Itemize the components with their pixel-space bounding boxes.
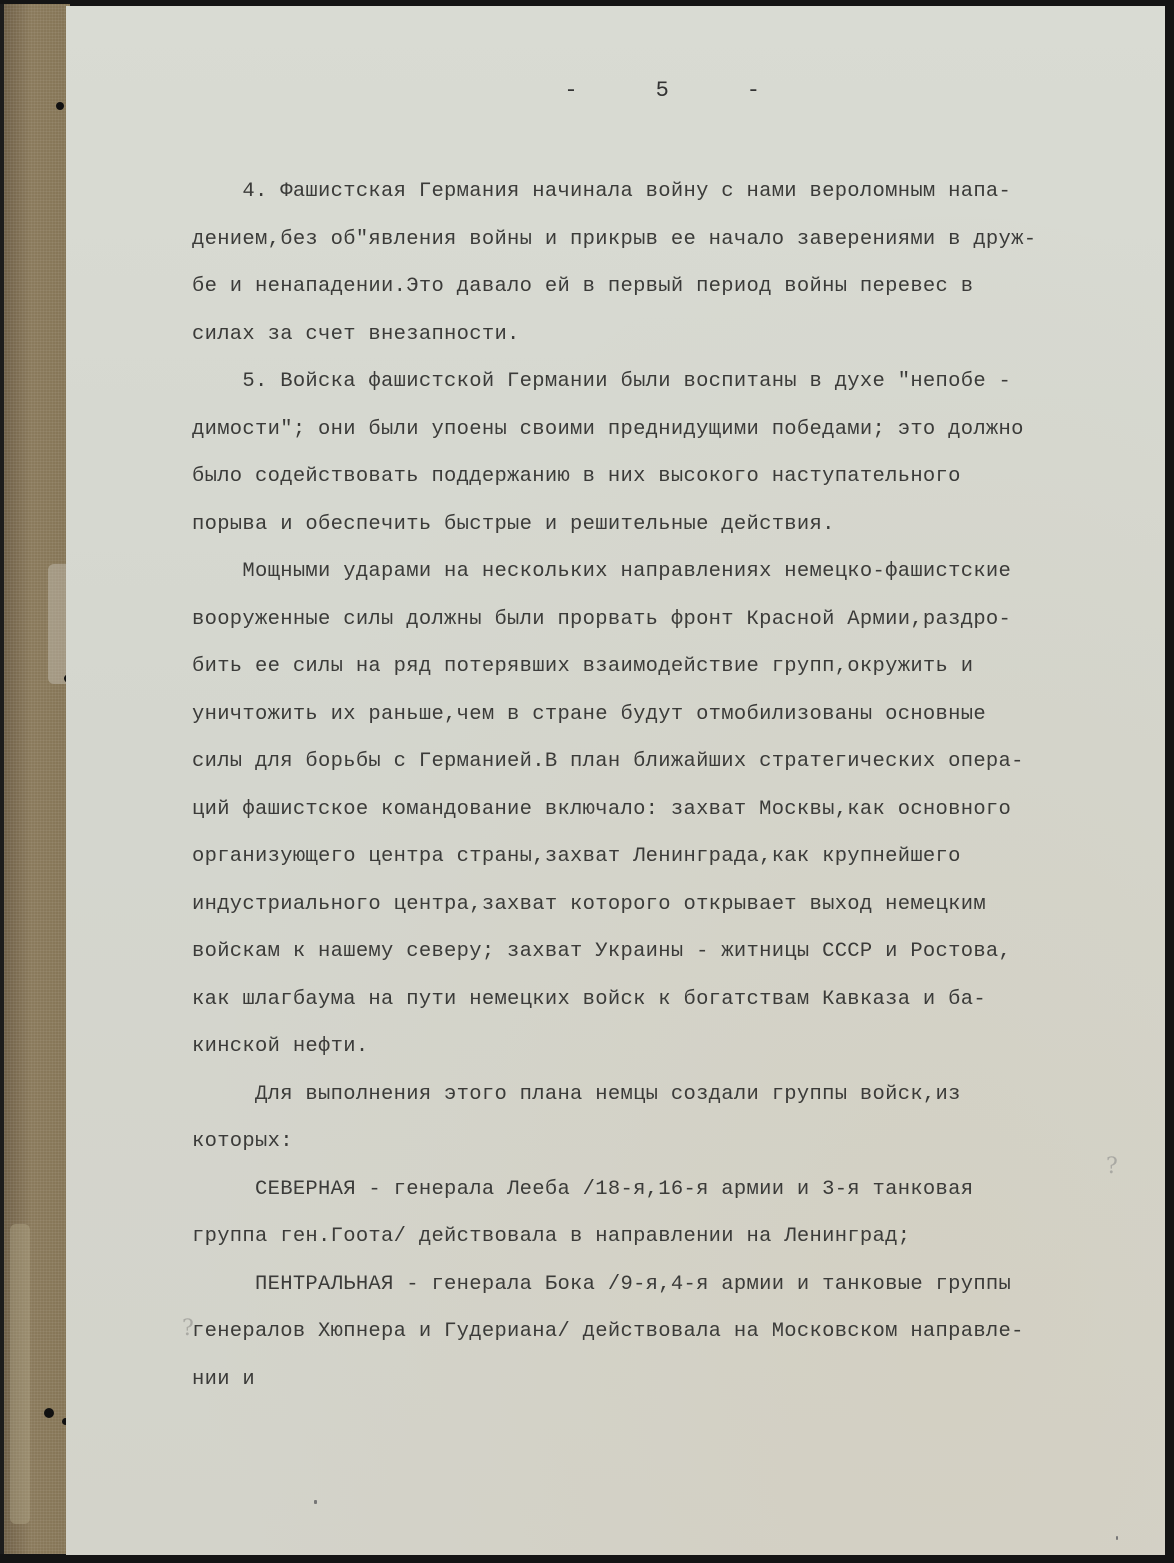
page-number: 5 <box>623 78 701 103</box>
text-line: нии и <box>192 1356 1152 1404</box>
text-line: генералов Хюпнера и Гудериана/ действова… <box>192 1308 1152 1356</box>
margin-question-mark: ? <box>182 1316 194 1341</box>
text-line: уничтожить их раньше,чем в стране будут … <box>192 691 1152 739</box>
text-line: силах за счет внезапности. <box>192 311 1152 359</box>
text-line: группа ген.Гоота/ действовала в направле… <box>192 1213 1152 1261</box>
text-line: Для выполнения этого плана немцы создали… <box>192 1071 1152 1119</box>
text-line: бить ее силы на ряд потерявших взаимодей… <box>192 643 1152 691</box>
text-line: как шлагбаума на пути немецких войск к б… <box>192 976 1152 1024</box>
binding-hole <box>56 102 64 110</box>
text-line: вооруженные силы должны были прорвать фр… <box>192 596 1152 644</box>
page-number-dash-left: - <box>532 78 610 103</box>
page-header: - 5 - <box>532 78 792 103</box>
text-line: ПЕНТРАЛЬНАЯ - генерала Бока /9-я,4-я арм… <box>192 1261 1152 1309</box>
text-line: СЕВЕРНАЯ - генерала Лееба /18-я,16-я арм… <box>192 1166 1152 1214</box>
text-line: порыва и обеспечить быстрые и решительны… <box>192 501 1152 549</box>
margin-question-mark: ? <box>1106 1154 1118 1179</box>
text-line: войскам к нашему северу; захват Украины … <box>192 928 1152 976</box>
text-line: индустриального центра,захват которого о… <box>192 881 1152 929</box>
binding-wear <box>10 1224 30 1524</box>
page-number-dash-right: - <box>714 78 792 103</box>
text-line: кинской нефти. <box>192 1023 1152 1071</box>
text-line: дением,без об"явления войны и прикрыв ее… <box>192 216 1152 264</box>
paper-speck <box>1116 1536 1118 1540</box>
text-line: бе и ненападении.Это давало ей в первый … <box>192 263 1152 311</box>
text-line: 4. Фашистская Германия начинала войну с … <box>192 168 1152 216</box>
typewritten-page: - 5 - 4. Фашистская Германия начинала во… <box>66 6 1165 1555</box>
text-line: которых: <box>192 1118 1152 1166</box>
text-line: было содействовать поддержанию в них выс… <box>192 453 1152 501</box>
paper-speck <box>314 1500 317 1504</box>
text-line: силы для борьбы с Германией.В план ближа… <box>192 738 1152 786</box>
binding-hole <box>44 1408 54 1418</box>
text-line: ций фашистское командование включало: за… <box>192 786 1152 834</box>
text-line: Мощными ударами на нескольких направлени… <box>192 548 1152 596</box>
document-body: 4. Фашистская Германия начинала войну с … <box>192 168 1152 1403</box>
text-line: димости"; они были упоены своими преднид… <box>192 406 1152 454</box>
text-line: организующего центра страны,захват Ленин… <box>192 833 1152 881</box>
text-line: 5. Войска фашистской Германии были воспи… <box>192 358 1152 406</box>
cloth-binding-strip <box>0 4 70 1554</box>
